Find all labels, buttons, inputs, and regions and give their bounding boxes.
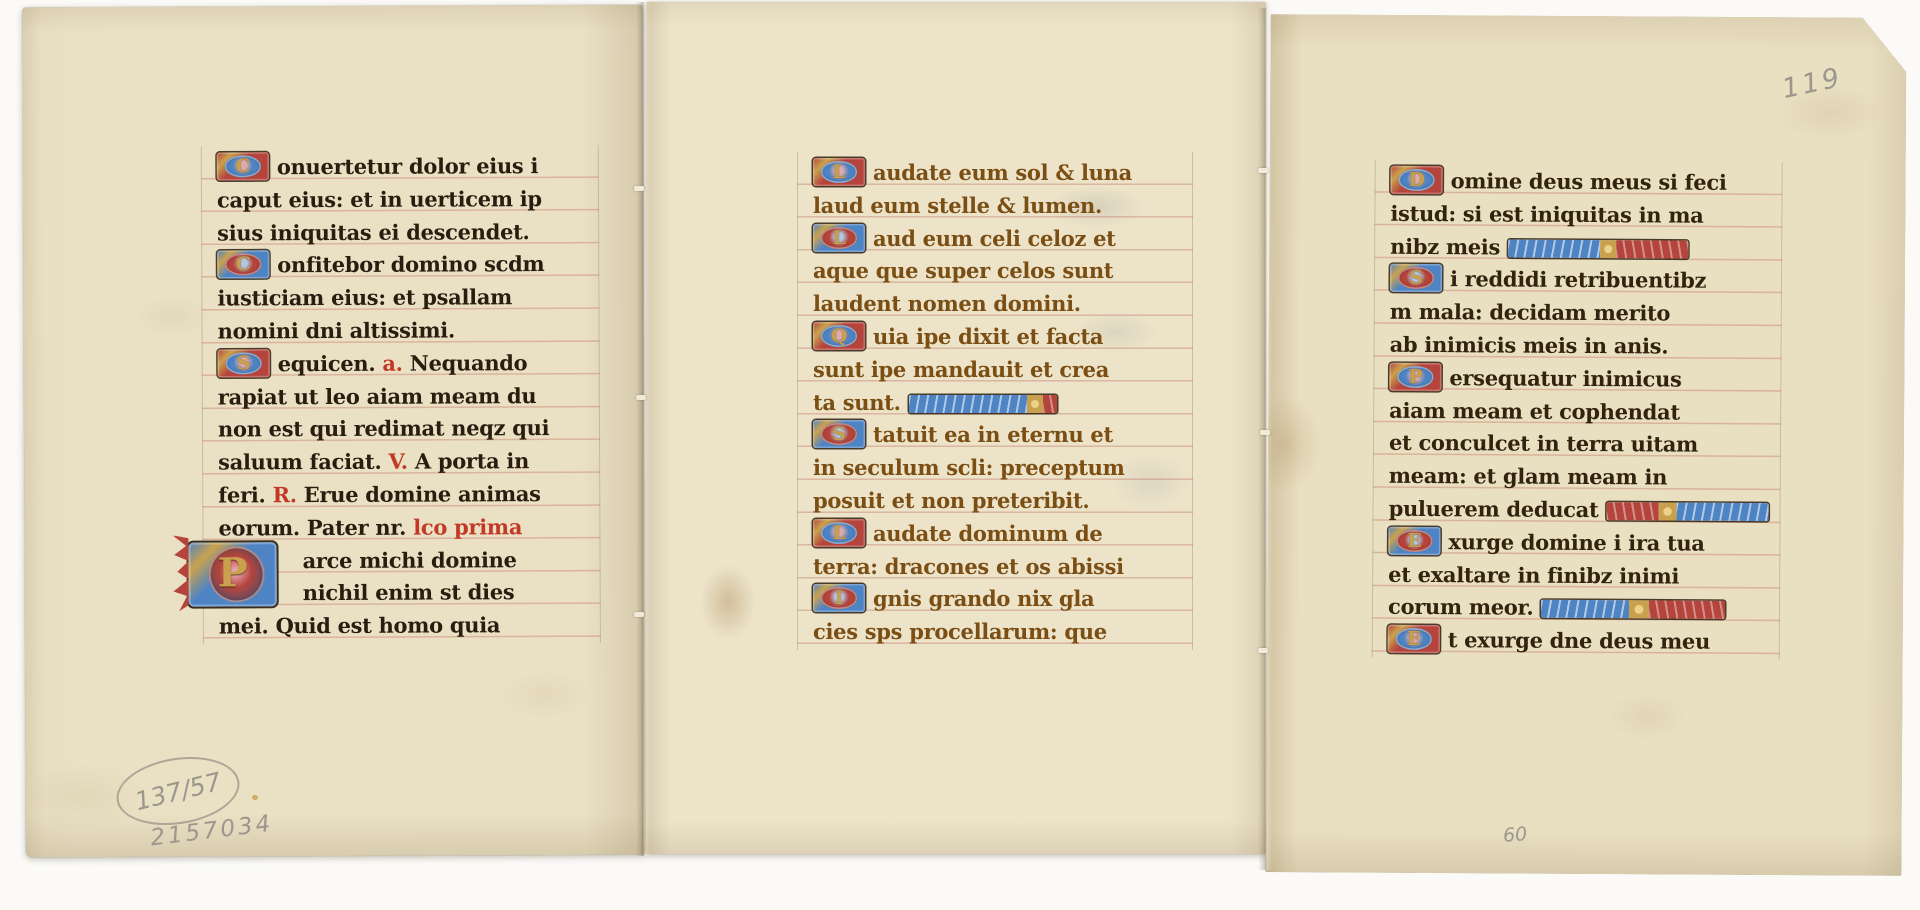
- filler-segment: [1629, 601, 1649, 619]
- text-line: feri. R. Erue domine animas: [218, 478, 586, 512]
- body-text: xurge domine i ira tua: [1448, 529, 1704, 556]
- filler-segment: [1600, 240, 1616, 258]
- filler-segment: [1606, 502, 1658, 520]
- text-line: ab inimicis meis in anis.: [1390, 329, 1768, 364]
- text-line: Et exurge dne deus meu: [1388, 624, 1766, 659]
- initial-letter: I: [813, 584, 865, 612]
- initial-letter: L: [813, 158, 865, 186]
- text-line: aque que super celos sunt: [813, 255, 1179, 288]
- body-text: caput eius: et in uerticem ip: [217, 186, 542, 212]
- text-line: m mala: decidam merito: [1390, 296, 1768, 331]
- body-text: ta sunt.: [813, 390, 901, 415]
- initial-letter: L: [813, 519, 865, 547]
- initial-letter: C: [217, 152, 269, 180]
- stitch-mark: [634, 186, 644, 191]
- manuscript-photo: Conuertetur dolor eius icaput eius: et i…: [0, 0, 1920, 910]
- initial-letter: Q: [813, 322, 865, 350]
- illuminated-initial: S: [1390, 264, 1442, 292]
- line-filler: [1606, 502, 1768, 521]
- text-line: cies sps procellarum: que: [813, 616, 1179, 649]
- body-text: ab inimicis meis in anis.: [1390, 332, 1669, 359]
- text-block-left: Conuertetur dolor eius icaput eius: et i…: [217, 150, 587, 644]
- body-text: Erue domine animas: [304, 481, 541, 507]
- body-text: aque que super celos sunt: [813, 258, 1113, 283]
- text-line: Confitebor domino scdm: [217, 248, 585, 282]
- body-text: onuertetur dolor eius i: [277, 153, 538, 179]
- text-line: Laudate eum sol & luna: [813, 157, 1179, 190]
- filler-segment: [1508, 239, 1600, 258]
- body-text: rapiat ut leo aiam meam du: [218, 383, 537, 409]
- text-line: caput eius: et in uerticem ip: [217, 183, 585, 217]
- text-line: et conculcet in terra uitam: [1389, 427, 1767, 462]
- initial-letter: P: [188, 542, 276, 606]
- body-text: feri.: [218, 482, 272, 507]
- body-text: equicen.: [278, 351, 383, 376]
- text-line: puluerem deducat: [1389, 493, 1767, 528]
- initial-letter: S: [1390, 264, 1442, 292]
- text-line: corum meor.: [1388, 591, 1766, 626]
- body-text: sunt ipe mandauit et crea: [813, 357, 1109, 382]
- illuminated-initial: L: [813, 519, 865, 547]
- body-text: t exurge dne deus meu: [1448, 627, 1710, 654]
- body-text: istud: si est iniquitas in ma: [1390, 201, 1703, 228]
- text-line: posuit et non preteribit.: [813, 485, 1179, 518]
- body-text: meam: et glam meam in: [1389, 463, 1667, 490]
- text-line: Parce michi domine: [218, 543, 586, 577]
- illuminated-initial: L: [813, 158, 865, 186]
- illuminated-initial: C: [217, 251, 269, 279]
- text-line: Quia ipe dixit et facta: [813, 321, 1179, 354]
- body-text: gnis grando nix gla: [873, 586, 1094, 611]
- line-filler: [909, 395, 1057, 413]
- body-text: posuit et non preteribit.: [813, 488, 1089, 513]
- text-line: nomini dni altissimi.: [217, 314, 585, 348]
- initial-letter: S: [813, 420, 865, 448]
- manuscript-leaf-center: Laudate eum sol & lunalaud eum stelle & …: [646, 2, 1266, 854]
- illuminated-initial: E: [1388, 625, 1440, 653]
- stitch-mark: [1260, 430, 1270, 435]
- body-text: et conculcet in terra uitam: [1389, 430, 1698, 457]
- body-text: in seculum scli: preceptum: [813, 455, 1125, 480]
- illuminated-initial: D: [1391, 166, 1443, 194]
- body-text: aiam meam et cophendat: [1389, 397, 1680, 424]
- text-block-right: Domine deus meus si feciistud: si est in…: [1388, 165, 1769, 659]
- body-text: arce michi domine: [303, 547, 517, 573]
- body-text: omine deus meus si feci: [1451, 168, 1727, 195]
- text-line: non est qui redimat neqz qui: [218, 412, 586, 446]
- body-text: onfitebor domino scdm: [277, 251, 544, 277]
- body-text: nichil enim st dies: [303, 580, 515, 606]
- text-line: Ignis grando nix gla: [813, 583, 1179, 616]
- initial-letter: C: [217, 251, 269, 279]
- illuminated-initial: C: [217, 152, 269, 180]
- text-line: nibz meis: [1390, 230, 1768, 265]
- line-filler: [1541, 600, 1725, 619]
- illuminated-initial: I: [813, 584, 865, 612]
- body-text: et exaltare in finibz inimi: [1388, 561, 1679, 588]
- text-line: sunt ipe mandauit et crea: [813, 354, 1179, 387]
- illuminated-initial: S: [813, 420, 865, 448]
- pencil-annotation-number: 60: [1502, 823, 1528, 847]
- initial-letter: E: [1388, 527, 1440, 555]
- text-line: terra: dracones et os abissi: [813, 551, 1179, 584]
- body-text: ersequatur inimicus: [1449, 365, 1681, 391]
- text-line: Statuit ea in eternu et: [813, 419, 1179, 452]
- body-text: saluum faciat.: [218, 449, 388, 475]
- body-text: aud eum celi celoz et: [873, 226, 1116, 251]
- body-text: Nequando: [410, 350, 528, 376]
- body-text: uia ipe dixit et facta: [873, 324, 1103, 349]
- initial-letter: S: [218, 349, 270, 377]
- illuminated-initial: L: [813, 224, 865, 252]
- body-text: terra: dracones et os abissi: [813, 554, 1124, 579]
- body-text: mei. Quid est homo quia: [219, 612, 500, 638]
- text-line: Sequicen. a. Nequando: [218, 347, 586, 381]
- text-line: istud: si est iniquitas in ma: [1390, 198, 1768, 233]
- text-line: meam: et glam meam in: [1389, 460, 1767, 495]
- manuscript-leaf-left: Conuertetur dolor eius icaput eius: et i…: [22, 5, 646, 858]
- filler-segment: [1616, 240, 1688, 258]
- body-text: laud eum stelle & lumen.: [813, 193, 1102, 218]
- body-text: nibz meis: [1390, 233, 1500, 259]
- filler-segment: [1027, 395, 1043, 413]
- illuminated-initial: Q: [813, 322, 865, 350]
- text-line: Si reddidi retribuentibz: [1390, 263, 1768, 298]
- body-text: eorum. Pater nr.: [218, 514, 413, 540]
- initial-letter: E: [1388, 625, 1440, 653]
- body-text: sius iniquitas ei descendet.: [217, 219, 529, 245]
- initial-letter: D: [1391, 166, 1443, 194]
- text-line: iusticiam eius: et psallam: [217, 281, 585, 315]
- text-line: Persequatur inimicus: [1389, 362, 1767, 397]
- text-line: mei. Quid est homo quia: [219, 609, 587, 643]
- text-line: Conuertetur dolor eius i: [217, 150, 585, 184]
- rubric-text: R.: [272, 482, 303, 507]
- stitch-mark: [1258, 168, 1268, 173]
- manuscript-leaf-right: Domine deus meus si feciistud: si est in…: [1265, 14, 1906, 876]
- text-line: rapiat ut leo aiam meam du: [218, 379, 586, 413]
- body-text: i reddidi retribuentibz: [1450, 267, 1706, 294]
- stitch-mark: [1258, 648, 1268, 653]
- text-line: Domine deus meus si feci: [1391, 165, 1769, 200]
- text-line: Exurge domine i ira tua: [1388, 526, 1766, 561]
- stitch-mark: [636, 395, 646, 400]
- text-line: et exaltare in finibz inimi: [1388, 558, 1766, 593]
- text-line: eorum. Pater nr. lco prima: [218, 511, 586, 545]
- text-line: laud eum stelle & lumen.: [813, 190, 1179, 223]
- text-line: ta sunt.: [813, 387, 1179, 420]
- filler-segment: [909, 395, 1027, 413]
- pencil-annotation-lot: 137/57: [132, 766, 224, 815]
- initial-letter: L: [813, 224, 865, 252]
- filler-segment: [1658, 502, 1676, 520]
- text-line: aiam meam et cophendat: [1389, 394, 1767, 429]
- rubric-text: V.: [388, 449, 414, 474]
- stitch-mark: [634, 612, 644, 617]
- body-text: tatuit ea in eternu et: [873, 422, 1113, 447]
- text-line: sius iniquitas ei descendet.: [217, 215, 585, 249]
- text-line: Laudate dominum de: [813, 518, 1179, 551]
- initial-letter: P: [1389, 363, 1441, 391]
- text-line: Laud eum celi celoz et: [813, 223, 1179, 256]
- body-text: A porta in: [415, 448, 529, 473]
- pigment-speck: [252, 795, 258, 800]
- filler-segment: [1649, 601, 1725, 619]
- text-block-center: Laudate eum sol & lunalaud eum stelle & …: [813, 157, 1179, 649]
- body-text: nomini dni altissimi.: [218, 317, 455, 343]
- body-text: audate dominum de: [873, 521, 1102, 546]
- illuminated-initial: P: [188, 542, 276, 606]
- text-line: saluum faciat. V. A porta in: [218, 445, 586, 479]
- body-text: m mala: decidam merito: [1390, 299, 1671, 326]
- illuminated-initial: P: [1389, 363, 1441, 391]
- filler-segment: [1541, 600, 1629, 619]
- line-filler: [1508, 239, 1688, 258]
- illuminated-initial: S: [218, 349, 270, 377]
- text-line: laudent nomen domini.: [813, 288, 1179, 321]
- body-text: puluerem deducat: [1389, 496, 1599, 522]
- text-line: in seculum scli: preceptum: [813, 452, 1179, 485]
- illuminated-initial: E: [1388, 527, 1440, 555]
- body-text: corum meor.: [1388, 594, 1534, 620]
- rubric-text: lco prima: [413, 514, 522, 539]
- body-text: audate eum sol & luna: [873, 160, 1132, 185]
- rubric-text: a.: [382, 350, 409, 375]
- filler-segment: [1043, 395, 1057, 413]
- body-text: non est qui redimat neqz qui: [218, 415, 549, 441]
- filler-segment: [1676, 503, 1768, 522]
- body-text: cies sps procellarum: que: [813, 619, 1107, 644]
- body-text: laudent nomen domini.: [813, 291, 1081, 316]
- body-text: iusticiam eius: et psallam: [217, 284, 512, 310]
